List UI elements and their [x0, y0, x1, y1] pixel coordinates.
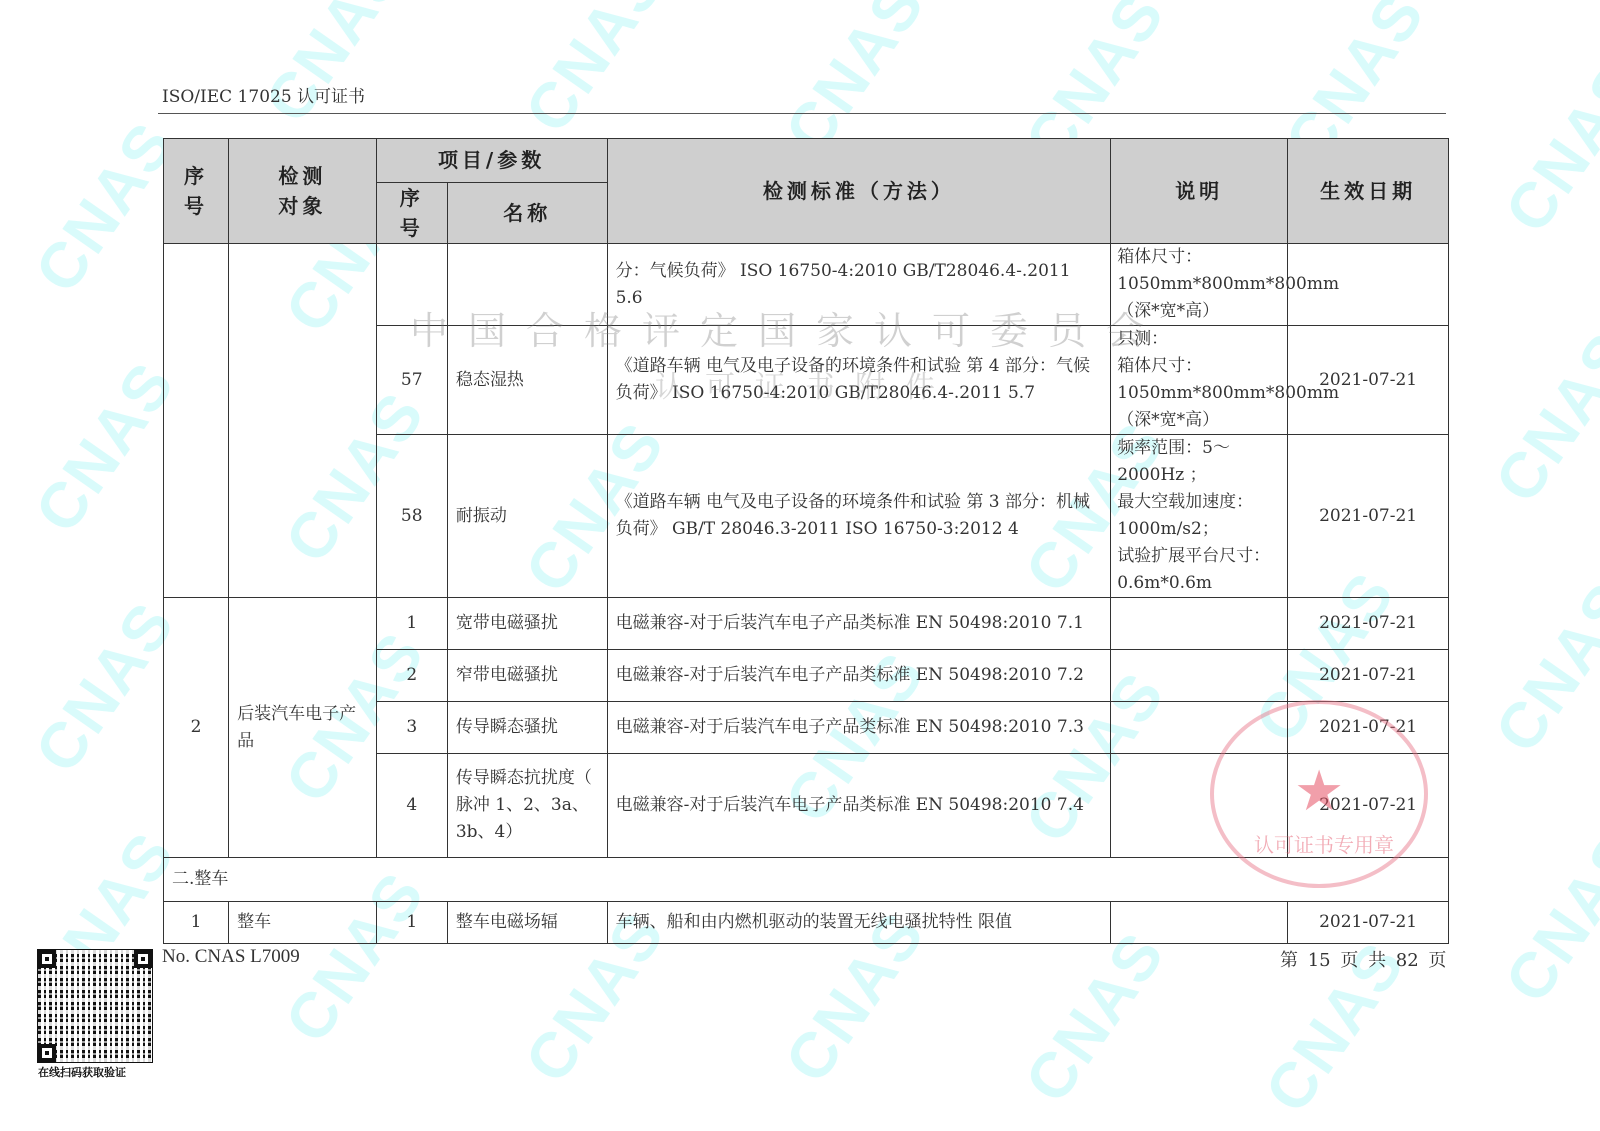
cell-item-name: 窄带电磁骚扰 [447, 650, 607, 702]
cell-standard: 《道路车辆 电气及电子设备的环境条件和试验 第 3 部分：机械负荷》 GB/T … [607, 435, 1111, 598]
cell-seq: 1 [164, 902, 229, 944]
accreditation-scope-table: 序号 检测对象 项目/参数 检测标准（方法） 说明 生效日期 序号 名称 分：气… [163, 138, 1449, 944]
cell-object [229, 244, 377, 598]
cnas-watermark: CNAS [1010, 918, 1179, 1116]
cell-note [1111, 650, 1288, 702]
table-row: 2 后装汽车电子产品 1 宽带电磁骚扰 电磁兼容-对于后装汽车电子产品类标准 E… [164, 598, 1449, 650]
cell-item-seq: 2 [376, 650, 447, 702]
note-line: 最大空载加速度：1000m/s2； [1117, 489, 1281, 543]
cell-item-seq: 58 [376, 435, 447, 598]
note-line: 1050mm*800mm*800mm（深*宽*高） [1117, 380, 1281, 434]
document-header-title: ISO/IEC 17025 认可证书 [162, 82, 365, 107]
header-standard: 检测标准（方法） [607, 139, 1111, 244]
cell-item-name: 整车电磁场辐 [447, 902, 607, 944]
cell-date: 2021-07-21 [1288, 598, 1449, 650]
cell-standard: 电磁兼容-对于后装汽车电子产品类标准 EN 50498:2010 7.1 [607, 598, 1111, 650]
cnas-watermark: CNAS [510, 0, 679, 146]
cnas-watermark: CNAS [1490, 48, 1600, 246]
section-row: 二.整车 [164, 858, 1449, 902]
cell-item-name: 稳态湿热 [447, 326, 607, 435]
header-item-name: 名称 [447, 183, 607, 244]
header-seq: 序号 [164, 139, 229, 244]
qr-caption: 在线扫码获取验证 [38, 1064, 154, 1080]
note-line: 箱体尺寸： [1117, 244, 1281, 271]
cell-date: 2021-07-21 [1288, 702, 1449, 754]
cell-item-seq: 57 [376, 326, 447, 435]
cell-item-name: 宽带电磁骚扰 [447, 598, 607, 650]
cell-item-seq: 1 [376, 902, 447, 944]
header-object: 检测对象 [229, 139, 377, 244]
cnas-watermark: CNAS [1480, 568, 1600, 766]
cell-object: 后装汽车电子产品 [229, 598, 377, 858]
header-divider [158, 113, 1446, 114]
cell-date: 2021-07-21 [1288, 650, 1449, 702]
certificate-number: No. CNAS L7009 [162, 946, 300, 968]
qr-finder-icon [38, 950, 56, 968]
cell-item-seq [376, 244, 447, 326]
note-line: 试验扩展平台尺寸：0.6m*0.6m [1117, 543, 1281, 597]
cell-standard: 分：气候负荷》 ISO 16750-4:2010 GB/T28046.4-.20… [607, 244, 1111, 326]
cnas-watermark: CNAS [1480, 318, 1600, 516]
cell-standard: 电磁兼容-对于后装汽车电子产品类标准 EN 50498:2010 7.2 [607, 650, 1111, 702]
cnas-watermark: CNAS [250, 0, 419, 136]
cell-standard: 《道路车辆 电气及电子设备的环境条件和试验 第 4 部分：气候负荷》 ISO 1… [607, 326, 1111, 435]
cell-note [1111, 754, 1288, 858]
cell-object: 整车 [229, 902, 377, 944]
cell-date: 2021-07-21 [1288, 902, 1449, 944]
cell-item-seq: 3 [376, 702, 447, 754]
cell-note [1111, 598, 1288, 650]
cell-item-name [447, 244, 607, 326]
cell-item-seq: 1 [376, 598, 447, 650]
section-label: 二.整车 [164, 858, 1449, 902]
cnas-watermark: CNAS [1490, 818, 1600, 1016]
cell-note: 只测： 箱体尺寸： 1050mm*800mm*800mm（深*宽*高） [1111, 326, 1288, 435]
cell-item-name: 传导瞬态抗扰度（ 脉冲 1、2、3a、 3b、4） [447, 754, 607, 858]
note-line: 频率范围：5～2000Hz ； [1117, 435, 1281, 489]
note-line: 只测： [1117, 326, 1281, 353]
table-row: 1 整车 1 整车电磁场辐 车辆、船和由内燃机驱动的装置无线电骚扰特性 限值 2… [164, 902, 1449, 944]
cell-note: 箱体尺寸： 1050mm*800mm*800mm（深*宽*高） [1111, 244, 1288, 326]
cell-item-seq: 4 [376, 754, 447, 858]
cell-standard: 电磁兼容-对于后装汽车电子产品类标准 EN 50498:2010 7.3 [607, 702, 1111, 754]
page-indicator: 第 15 页 共 82 页 [1280, 946, 1446, 972]
cell-item-name: 传导瞬态骚扰 [447, 702, 607, 754]
cell-seq: 2 [164, 598, 229, 858]
cell-item-name: 耐振动 [447, 435, 607, 598]
table-row: 分：气候负荷》 ISO 16750-4:2010 GB/T28046.4-.20… [164, 244, 1449, 326]
cell-note [1111, 902, 1288, 944]
header-date: 生效日期 [1288, 139, 1449, 244]
cell-date: 2021-07-21 [1288, 435, 1449, 598]
cell-note: 频率范围：5～2000Hz ； 最大空载加速度：1000m/s2； 试验扩展平台… [1111, 435, 1288, 598]
header-item-group: 项目/参数 [376, 139, 607, 183]
qr-finder-icon [38, 1044, 56, 1062]
header-note: 说明 [1111, 139, 1288, 244]
cell-seq [164, 244, 229, 598]
note-line: 箱体尺寸： [1117, 353, 1281, 380]
header-item-seq: 序号 [376, 183, 447, 244]
cell-standard: 车辆、船和由内燃机驱动的装置无线电骚扰特性 限值 [607, 902, 1111, 944]
cell-date: 2021-07-21 [1288, 326, 1449, 435]
qr-finder-icon [134, 950, 152, 968]
cell-date: 2021-07-21 [1288, 754, 1449, 858]
verification-qr-code[interactable] [38, 950, 152, 1062]
note-line: 1050mm*800mm*800mm（深*宽*高） [1117, 271, 1281, 325]
cell-note [1111, 702, 1288, 754]
cell-standard: 电磁兼容-对于后装汽车电子产品类标准 EN 50498:2010 7.4 [607, 754, 1111, 858]
